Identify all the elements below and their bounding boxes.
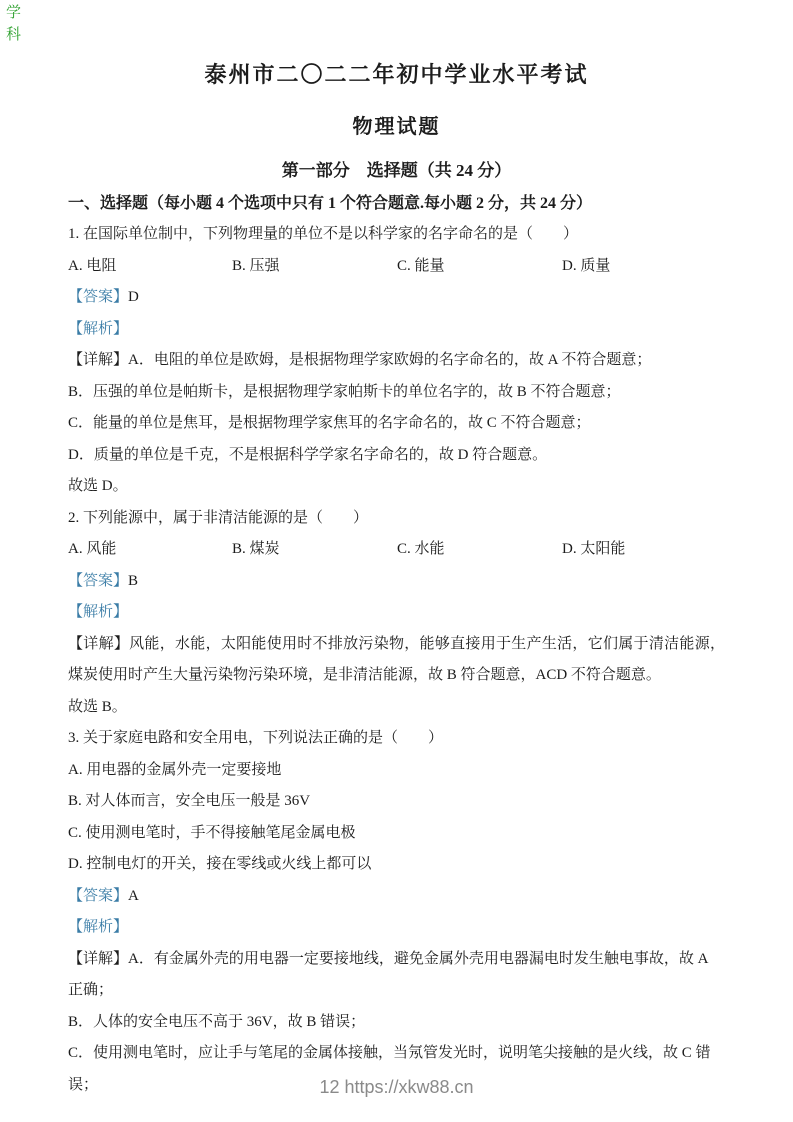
option-d: D. 太阳能 bbox=[562, 534, 725, 566]
question-1: 1. 在国际单位制中，下列物理量的单位不是以科学家的名字命名的是（ ） A. 电… bbox=[68, 219, 725, 503]
option-c: C. 水能 bbox=[397, 534, 562, 566]
option-d: D. 质量 bbox=[562, 251, 725, 283]
answer-label: 【答案】 bbox=[68, 573, 128, 589]
page-title: 泰州市二〇二二年初中学业水平考试 bbox=[68, 58, 725, 89]
option-c: C. 使用测电笔时，手不得接触笔尾金属电极 bbox=[68, 818, 725, 850]
answer-value: A bbox=[128, 888, 139, 904]
option-a: A. 电阻 bbox=[68, 251, 232, 283]
option-b: B. 煤炭 bbox=[232, 534, 397, 566]
document-page: 学 科 泰州市二〇二二年初中学业水平考试 物理试题 第一部分 选择题（共 24 … bbox=[0, 0, 793, 1122]
detail-line: B．人体的安全电压不高于 36V，故 B 错误； bbox=[68, 1007, 725, 1039]
detail-line: 【详解】A．电阻的单位是欧姆，是根据物理学家欧姆的名字命名的，故 A 不符合题意… bbox=[68, 345, 725, 377]
answer-line: 【答案】B bbox=[68, 566, 725, 598]
watermark-icon: 科 bbox=[6, 27, 21, 43]
conclusion-line: 故选 D。 bbox=[68, 471, 725, 503]
detail-line: D．质量的单位是千克，不是根据科学学家名字命名的，故 D 符合题意。 bbox=[68, 440, 725, 472]
detail-text: A．有金属外壳的用电器一定要接地线，避免金属外壳用电器漏电时发生触电事故，故 A… bbox=[68, 951, 708, 999]
question-stem: 2. 下列能源中，属于非清洁能源的是（ ） bbox=[68, 503, 725, 535]
answer-value: D bbox=[128, 289, 139, 305]
question-stem: 3. 关于家庭电路和安全用电，下列说法正确的是（ ） bbox=[68, 723, 725, 755]
question-3: 3. 关于家庭电路和安全用电，下列说法正确的是（ ） A. 用电器的金属外壳一定… bbox=[68, 723, 725, 1101]
section-heading: 第一部分 选择题（共 24 分） bbox=[68, 156, 725, 181]
question-stem: 1. 在国际单位制中，下列物理量的单位不是以科学家的名字命名的是（ ） bbox=[68, 219, 725, 251]
analysis-line: 【解析】 bbox=[68, 597, 725, 629]
answer-value: B bbox=[128, 573, 138, 589]
watermark: 学 科 bbox=[6, 5, 21, 43]
option-b: B. 压强 bbox=[232, 251, 397, 283]
option-d: D. 控制电灯的开关，接在零线或火线上都可以 bbox=[68, 849, 725, 881]
answer-label: 【答案】 bbox=[68, 888, 128, 904]
option-a: A. 风能 bbox=[68, 534, 232, 566]
page-footer: 12 https://xkw88.cn bbox=[0, 1077, 793, 1098]
option-row: A. 风能 B. 煤炭 C. 水能 D. 太阳能 bbox=[68, 534, 725, 566]
answer-line: 【答案】D bbox=[68, 282, 725, 314]
answer-line: 【答案】A bbox=[68, 881, 725, 913]
section-intro: 一、选择题（每小题 4 个选项中只有 1 个符合题意.每小题 2 分，共 24 … bbox=[68, 189, 725, 219]
analysis-label: 【解析】 bbox=[68, 919, 128, 935]
answer-label: 【答案】 bbox=[68, 289, 128, 305]
detail-line: B．压强的单位是帕斯卡，是根据物理学家帕斯卡的单位名字的，故 B 不符合题意； bbox=[68, 377, 725, 409]
detail-label: 【详解】 bbox=[68, 636, 129, 652]
option-row: A. 电阻 B. 压强 C. 能量 D. 质量 bbox=[68, 251, 725, 283]
detail-paragraph: 【详解】风能，水能，太阳能使用时不排放污染物，能够直接用于生产生活，它们属于清洁… bbox=[68, 629, 725, 692]
detail-label: 【详解】 bbox=[68, 352, 128, 368]
question-2: 2. 下列能源中，属于非清洁能源的是（ ） A. 风能 B. 煤炭 C. 水能 … bbox=[68, 503, 725, 724]
analysis-label: 【解析】 bbox=[68, 604, 128, 620]
page-subtitle: 物理试题 bbox=[68, 110, 725, 139]
option-c: C. 能量 bbox=[397, 251, 562, 283]
analysis-label: 【解析】 bbox=[68, 321, 128, 337]
conclusion-line: 故选 B。 bbox=[68, 692, 725, 724]
detail-line: C．能量的单位是焦耳，是根据物理学家焦耳的名字命名的，故 C 不符合题意； bbox=[68, 408, 725, 440]
detail-line: 【详解】A．有金属外壳的用电器一定要接地线，避免金属外壳用电器漏电时发生触电事故… bbox=[68, 944, 725, 1007]
analysis-line: 【解析】 bbox=[68, 912, 725, 944]
option-a: A. 用电器的金属外壳一定要接地 bbox=[68, 755, 725, 787]
analysis-line: 【解析】 bbox=[68, 314, 725, 346]
watermark-icon: 学 bbox=[6, 5, 21, 21]
option-b: B. 对人体而言，安全电压一般是 36V bbox=[68, 786, 725, 818]
detail-label: 【详解】 bbox=[68, 951, 128, 967]
detail-text: 风能，水能，太阳能使用时不排放污染物，能够直接用于生产生活，它们属于清洁能源，煤… bbox=[68, 636, 725, 684]
detail-text: A．电阻的单位是欧姆，是根据物理学家欧姆的名字命名的，故 A 不符合题意； bbox=[128, 352, 651, 368]
